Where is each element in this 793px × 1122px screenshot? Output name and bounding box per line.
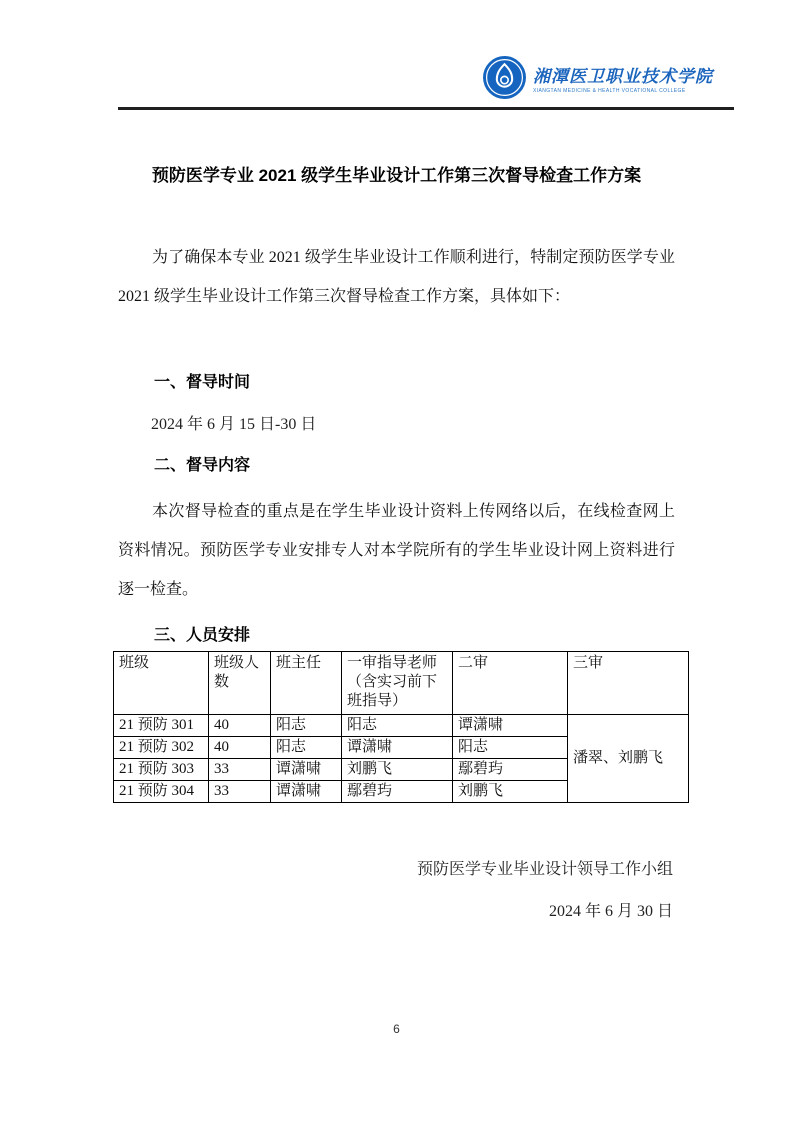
document-page: 湘潭医卫职业技术学院 XIANGTAN MEDICINE & HEALTH VO… — [0, 0, 793, 1122]
cell-head-teacher: 谭潇啸 — [271, 759, 342, 781]
cell-class-size: 33 — [209, 759, 271, 781]
section-3-heading: 三、人员安排 — [118, 622, 675, 645]
col-header-third-review: 三审 — [568, 652, 689, 715]
col-header-first-review: 一审指导老师（含实习前下班指导） — [342, 652, 453, 715]
cell-class: 21 预防 303 — [114, 759, 209, 781]
cell-second-review: 刘鹏飞 — [453, 781, 568, 803]
table-header-row: 班级 班级人数 班主任 一审指导老师（含实习前下班指导） 二审 三审 — [114, 652, 689, 715]
signoff-date: 2024 年 6 月 30 日 — [118, 898, 673, 921]
col-header-class-size: 班级人数 — [209, 652, 271, 715]
section-2-paragraph: 本次督导检查的重点是在学生毕业设计资料上传网络以后，在线检查网上资料情况。预防医… — [118, 492, 675, 609]
document-body: 预防医学专业 2021 级学生毕业设计工作第三次督导检查工作方案 为了确保本专业… — [118, 0, 675, 1122]
staff-assignment-table: 班级 班级人数 班主任 一审指导老师（含实习前下班指导） 二审 三审 21 预防… — [113, 651, 689, 803]
supervision-date: 2024 年 6 月 15 日-30 日 — [118, 411, 675, 434]
cell-head-teacher: 谭潇啸 — [271, 781, 342, 803]
table-row: 21 预防 301 40 阳志 阳志 谭潇啸 潘翠、刘鹏飞 — [114, 715, 689, 737]
cell-class-size: 40 — [209, 715, 271, 737]
cell-class: 21 预防 302 — [114, 737, 209, 759]
cell-second-review: 谭潇啸 — [453, 715, 568, 737]
signoff-organization: 预防医学专业毕业设计领导工作小组 — [118, 856, 673, 879]
cell-class-size: 33 — [209, 781, 271, 803]
col-header-class: 班级 — [114, 652, 209, 715]
cell-head-teacher: 阳志 — [271, 715, 342, 737]
cell-third-review-merged: 潘翠、刘鹏飞 — [568, 715, 689, 803]
document-title: 预防医学专业 2021 级学生毕业设计工作第三次督导检查工作方案 — [118, 161, 675, 186]
section-1-heading: 一、督导时间 — [118, 369, 675, 392]
cell-first-review: 谭潇啸 — [342, 737, 453, 759]
cell-first-review: 鄢碧玙 — [342, 781, 453, 803]
page-number: 6 — [0, 1022, 793, 1036]
cell-class: 21 预防 301 — [114, 715, 209, 737]
cell-first-review: 刘鹏飞 — [342, 759, 453, 781]
cell-second-review: 阳志 — [453, 737, 568, 759]
cell-first-review: 阳志 — [342, 715, 453, 737]
col-header-second-review: 二审 — [453, 652, 568, 715]
section-2-heading: 二、督导内容 — [118, 452, 675, 475]
col-header-head-teacher: 班主任 — [271, 652, 342, 715]
cell-second-review: 鄢碧玙 — [453, 759, 568, 781]
cell-class-size: 40 — [209, 737, 271, 759]
cell-class: 21 预防 304 — [114, 781, 209, 803]
intro-paragraph: 为了确保本专业 2021 级学生毕业设计工作顺利进行，特制定预防医学专业 202… — [118, 238, 675, 316]
cell-head-teacher: 阳志 — [271, 737, 342, 759]
